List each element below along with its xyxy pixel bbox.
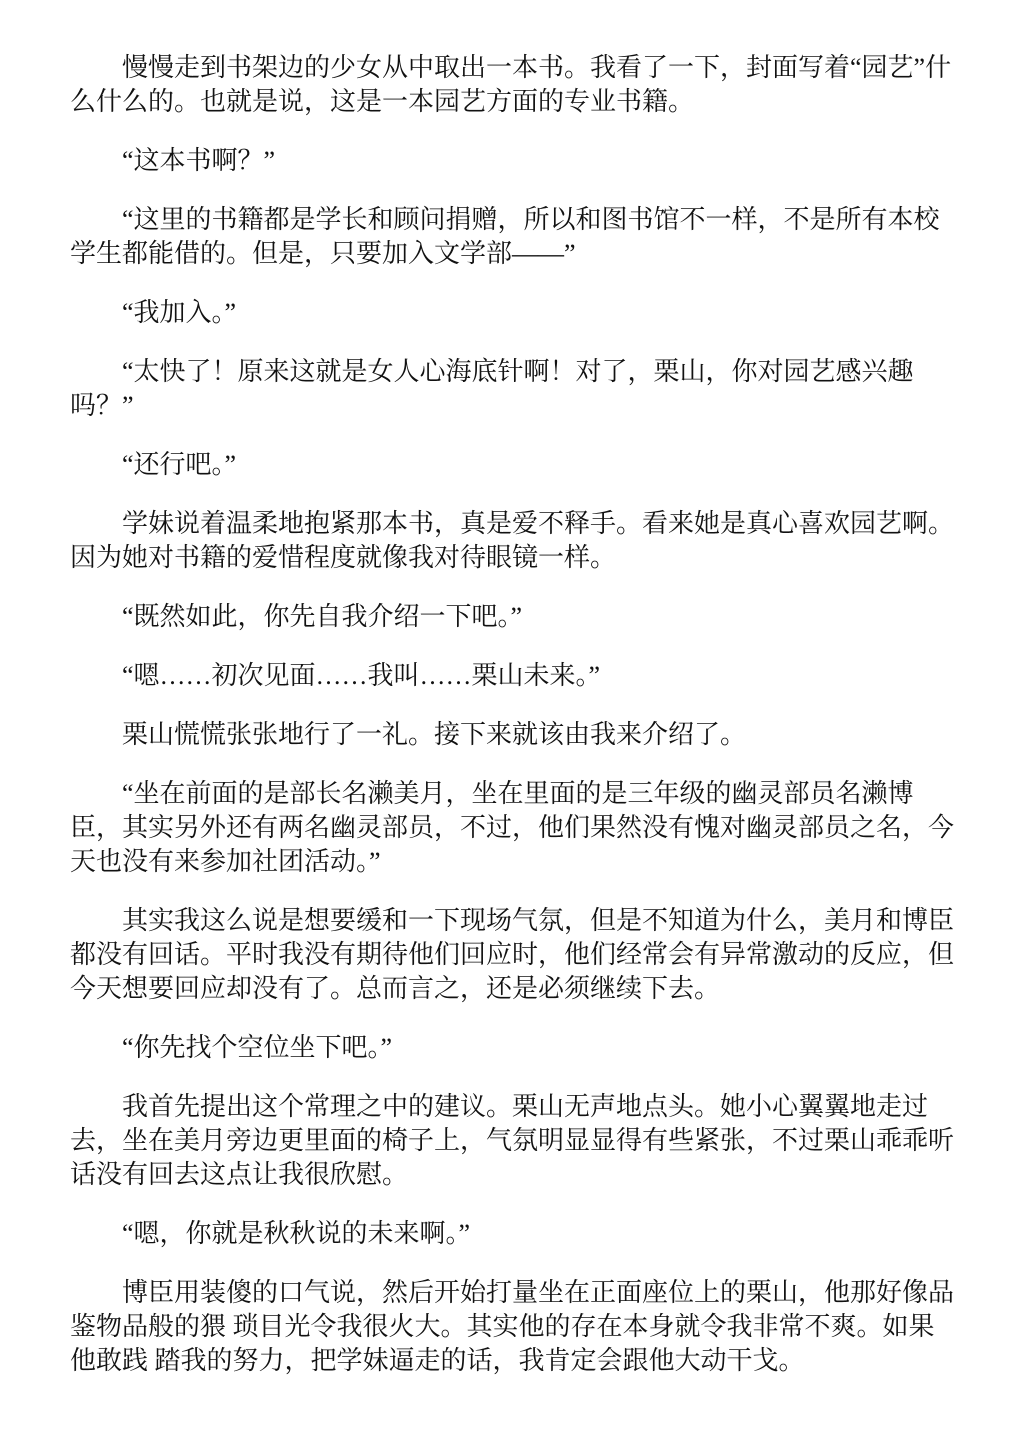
dialogue-paragraph: “嗯，你就是秋秋说的未来啊。” (70, 1217, 955, 1251)
narration-paragraph: 其实我这么说是想要缓和一下现场气氛，但是不知道为什么，美月和博臣都没有回话。平时… (70, 904, 955, 1006)
narration-paragraph: 学妹说着温柔地抱紧那本书，真是爱不释手。看来她是真心喜欢园艺啊。因为她对书籍的爱… (70, 507, 955, 575)
dialogue-paragraph: “你先找个空位坐下吧。” (70, 1031, 955, 1065)
dialogue-paragraph: “太快了！原来这就是女人心海底针啊！对了，栗山，你对园艺感兴趣吗？” (70, 355, 955, 423)
narration-paragraph: 博臣用装傻的口气说，然后开始打量坐在正面座位上的栗山，他那好像品鉴物品般的猥 琐… (70, 1276, 955, 1378)
narration-paragraph: 我首先提出这个常理之中的建议。栗山无声地点头。她小心翼翼地走过去，坐在美月旁边更… (70, 1090, 955, 1192)
dialogue-paragraph: “既然如此，你先自我介绍一下吧。” (70, 600, 955, 634)
dialogue-paragraph: “这里的书籍都是学长和顾问捐赠，所以和图书馆不一样，不是所有本校学生都能借的。但… (70, 203, 955, 271)
dialogue-paragraph: “还行吧。” (70, 448, 955, 482)
narration-paragraph: 慢慢走到书架边的少女从中取出一本书。我看了一下，封面写着“园艺”什么什么的。也就… (70, 51, 955, 119)
ebook-page: 慢慢走到书架边的少女从中取出一本书。我看了一下，封面写着“园艺”什么什么的。也就… (0, 0, 1017, 1437)
narration-paragraph: 栗山慌慌张张地行了一礼。接下来就该由我来介绍了。 (70, 718, 955, 752)
dialogue-paragraph: “这本书啊？” (70, 144, 955, 178)
dialogue-paragraph: “我加入。” (70, 296, 955, 330)
dialogue-paragraph: “坐在前面的是部长名濑美月，坐在里面的是三年级的幽灵部员名濑博臣，其实另外还有两… (70, 777, 955, 879)
dialogue-paragraph: “嗯……初次见面……我叫……栗山未来。” (70, 659, 955, 693)
